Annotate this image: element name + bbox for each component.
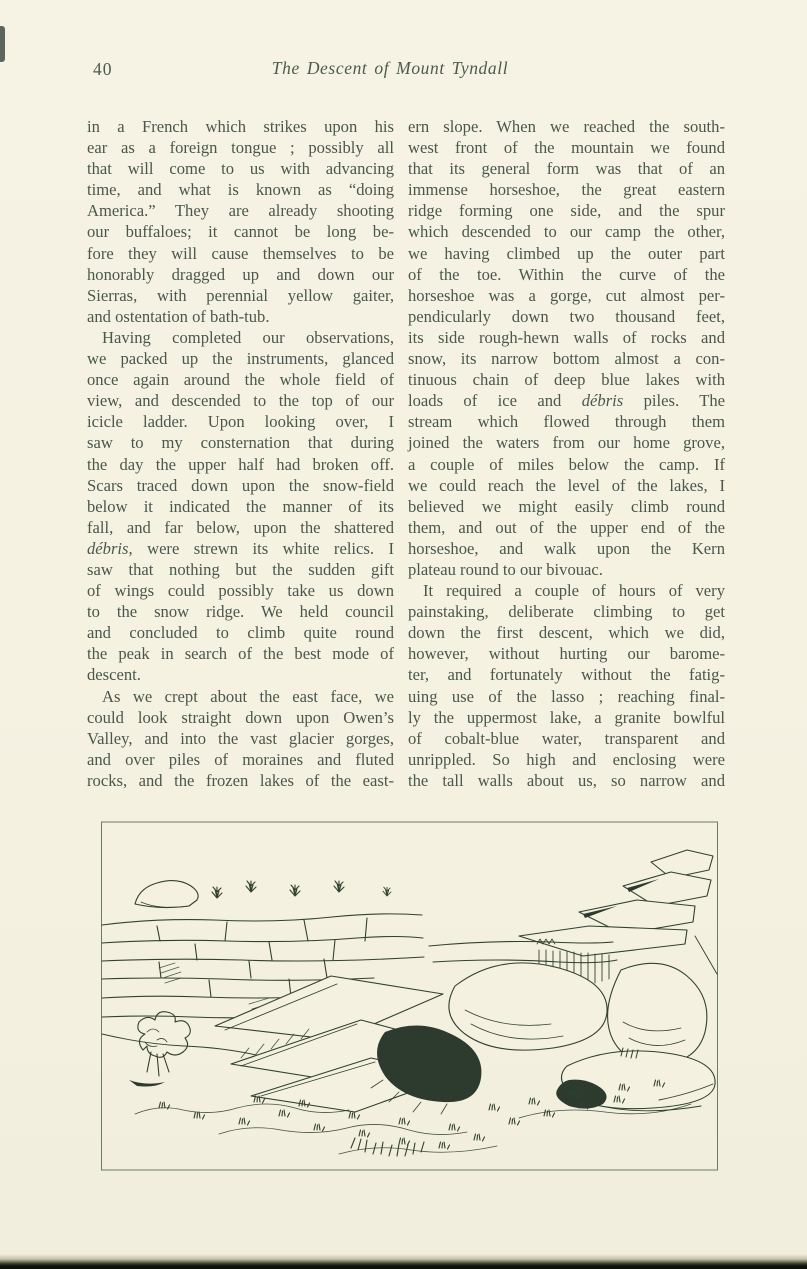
text-line: ear as a foreign tongue ; possibly all bbox=[87, 137, 394, 158]
text-line: and concluded to climb quite round bbox=[87, 622, 394, 643]
text-line: that its general form was that of an bbox=[408, 158, 725, 179]
text-line: ridge forming one side, and the spur bbox=[408, 200, 725, 221]
text-line: stream which flowed through them bbox=[408, 411, 725, 432]
text-columns: in a French which strikes upon hisear as… bbox=[87, 116, 725, 791]
text-line: and ostentation of bath-tub. bbox=[87, 306, 394, 327]
text-line: Sierras, with perennial yellow gaiter, bbox=[87, 285, 394, 306]
right-column: ern slope. When we reached the south-wes… bbox=[408, 116, 725, 791]
text-line: unrippled. So high and enclosing were bbox=[408, 749, 725, 770]
text-line: of cobalt-blue water, transparent and bbox=[408, 728, 725, 749]
text-line: As we crept about the east face, we bbox=[87, 686, 394, 707]
text-line: America.” They are already shooting bbox=[87, 200, 394, 221]
text-line: plateau round to our bivouac. bbox=[408, 559, 725, 580]
text-line: honorably dragged up and down our bbox=[87, 264, 394, 285]
text-line: of the toe. Within the curve of the bbox=[408, 264, 725, 285]
text-line: our buffaloes; it cannot be long be- bbox=[87, 221, 394, 242]
text-line: them, and out of the upper end of the bbox=[408, 517, 725, 538]
text-line: uing use of the lasso ; reaching final- bbox=[408, 686, 725, 707]
left-column: in a French which strikes upon hisear as… bbox=[87, 116, 394, 791]
text-line: descent. bbox=[87, 664, 394, 685]
text-line: snow, its narrow bottom almost a con- bbox=[408, 348, 725, 369]
text-line: pendicularly down two thousand feet, bbox=[408, 306, 725, 327]
page-header: 40 The Descent of Mount Tyndall bbox=[87, 58, 723, 84]
text-line: a couple of miles below the camp. If bbox=[408, 454, 725, 475]
text-line: icicle ladder. Upon looking over, I bbox=[87, 411, 394, 432]
text-line: once again around the whole field of bbox=[87, 369, 394, 390]
text-line: débris, were strewn its white relics. I bbox=[87, 538, 394, 559]
scan-edge-mark bbox=[0, 26, 5, 62]
text-line: we having climbed up the outer part bbox=[408, 243, 725, 264]
text-line: and over piles of moraines and fluted bbox=[87, 749, 394, 770]
text-line: to the snow ridge. We held council bbox=[87, 601, 394, 622]
text-line: view, and descended to the top of our bbox=[87, 390, 394, 411]
text-line: painstaking, deliberate climbing to get bbox=[408, 601, 725, 622]
text-line: we could reach the level of the lakes, I bbox=[408, 475, 725, 496]
text-line: in a French which strikes upon his bbox=[87, 116, 394, 137]
text-line: saw to my consternation that during bbox=[87, 432, 394, 453]
book-page: 40 The Descent of Mount Tyndall in a Fre… bbox=[0, 0, 807, 1269]
text-line: time, and what is known as “doing bbox=[87, 179, 394, 200]
running-title: The Descent of Mount Tyndall bbox=[87, 58, 693, 79]
text-line: ern slope. When we reached the south- bbox=[408, 116, 725, 137]
text-line: of wings could possibly take us down bbox=[87, 580, 394, 601]
text-line: west front of the mountain we found bbox=[408, 137, 725, 158]
text-line: believed we might easily climb round bbox=[408, 496, 725, 517]
text-line: we packed up the instruments, glanced bbox=[87, 348, 394, 369]
text-line: saw that nothing but the sudden gift bbox=[87, 559, 394, 580]
text-line: the tall walls about us, so narrow and bbox=[408, 770, 725, 791]
scan-bottom-edge bbox=[0, 1254, 807, 1269]
text-line: rocks, and the frozen lakes of the east- bbox=[87, 770, 394, 791]
text-line: down the first descent, which we did, bbox=[408, 622, 725, 643]
text-line: could look straight down upon Owen’s bbox=[87, 707, 394, 728]
text-line: fall, and far below, upon the shattered bbox=[87, 517, 394, 538]
text-line: the day the upper half had broken off. bbox=[87, 454, 394, 475]
text-line: however, without hurting our barome- bbox=[408, 643, 725, 664]
text-line: below it indicated the manner of its bbox=[87, 496, 394, 517]
text-line: ly the uppermost lake, a granite bowlful bbox=[408, 707, 725, 728]
text-line: horseshoe, and walk upon the Kern bbox=[408, 538, 725, 559]
text-line: immense horseshoe, the great eastern bbox=[408, 179, 725, 200]
text-line: that will come to us with advancing bbox=[87, 158, 394, 179]
text-line: fore they will cause themselves to be bbox=[87, 243, 394, 264]
text-line: tinuous chain of deep blue lakes with bbox=[408, 369, 725, 390]
text-line: Scars traced down upon the snow-field bbox=[87, 475, 394, 496]
text-line: its side rough-hewn walls of rocks and bbox=[408, 327, 725, 348]
text-line: Valley, and into the vast glacier gorges… bbox=[87, 728, 394, 749]
text-line: which descended to our camp the other, bbox=[408, 221, 725, 242]
rock-engraving-illustration bbox=[99, 818, 721, 1175]
text-line: It required a couple of hours of very bbox=[408, 580, 725, 601]
text-line: loads of ice and débris piles. The bbox=[408, 390, 725, 411]
text-line: Having completed our observations, bbox=[87, 327, 394, 348]
text-line: ter, and fortunately without the fatig- bbox=[408, 664, 725, 685]
text-line: the peak in search of the best mode of bbox=[87, 643, 394, 664]
text-line: horseshoe was a gorge, cut almost per- bbox=[408, 285, 725, 306]
rock-engraving-svg bbox=[99, 818, 721, 1175]
text-line: joined the waters from our home grove, bbox=[408, 432, 725, 453]
